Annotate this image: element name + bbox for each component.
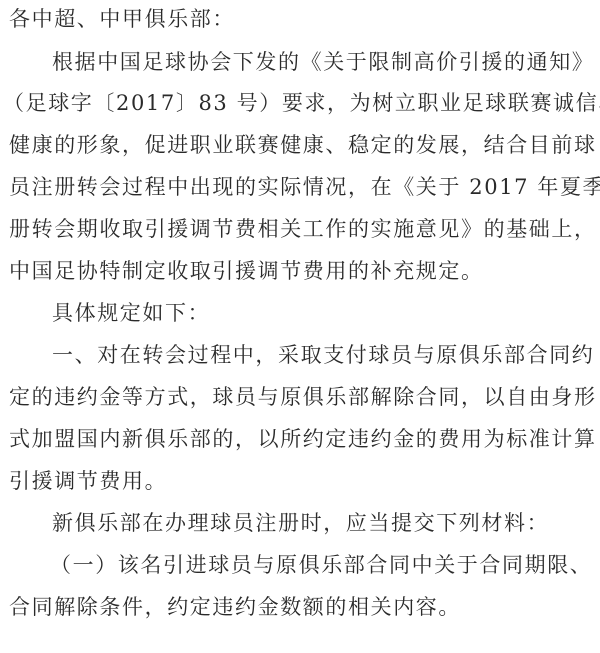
paragraph-2: 具体规定如下： <box>52 298 210 328</box>
paragraph-1-line-1: 根据中国足球协会下发的《关于限制高价引援的通知》 <box>52 47 591 77</box>
paragraph-1-line-5: 册转会期收取引援调节费相关工作的实施意见》的基础上， <box>9 214 591 244</box>
paragraph-1-line-3: 健康的形象，促进职业联赛健康、稳定的发展，结合目前球 <box>9 130 591 160</box>
paragraph-3-line-2: 定的违约金等方式，球员与原俱乐部解除合同，以自由身形 <box>9 382 591 412</box>
paragraph-5-line-2: 合同解除条件，约定违约金数额的相关内容。 <box>9 592 461 622</box>
paragraph-3-line-3: 式加盟国内新俱乐部的，以所约定违约金的费用为标准计算 <box>9 424 591 454</box>
document-page: 各中超、中甲俱乐部： 根据中国足球协会下发的《关于限制高价引援的通知》 （足球字… <box>0 0 600 653</box>
paragraph-1-line-6: 中国足协特制定收取引援调节费用的补充规定。 <box>9 256 484 286</box>
paragraph-4: 新俱乐部在办理球员注册时，应当提交下列材料： <box>52 508 549 538</box>
paragraph-3-line-4: 引援调节费用。 <box>9 466 167 496</box>
paragraph-3-line-1: 一、对在转会过程中，采取支付球员与原俱乐部合同约 <box>52 340 591 370</box>
paragraph-5-line-1: （一）该名引进球员与原俱乐部合同中关于合同期限、 <box>50 550 591 580</box>
salutation: 各中超、中甲俱乐部： <box>9 4 235 34</box>
paragraph-1-line-4: 员注册转会过程中出现的实际情况，在《关于 2017 年夏季注 <box>9 172 591 202</box>
paragraph-1-line-2: （足球字〔2017〕83 号）要求，为树立职业足球联赛诚信、 <box>3 88 591 118</box>
